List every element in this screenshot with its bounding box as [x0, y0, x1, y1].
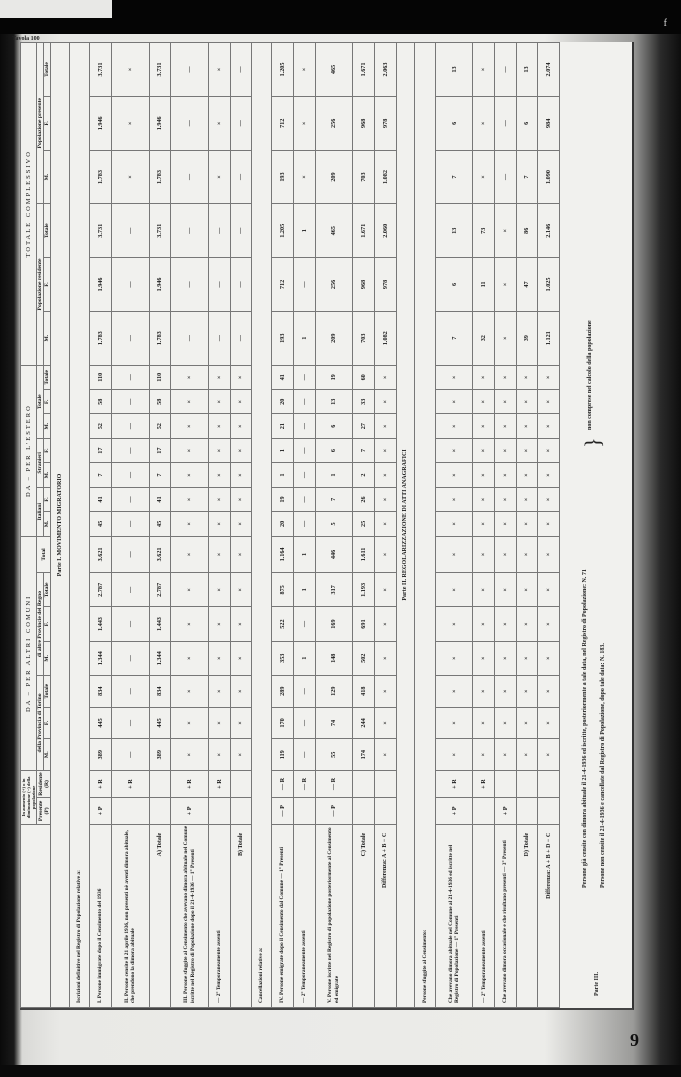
cell-value: 6	[315, 414, 353, 438]
total-row: Differenza: A + B + D − C××××××××××××××1…	[538, 43, 560, 1008]
cell-value: 170	[272, 707, 294, 739]
census-sheet: In aumento (+) o in diminuzione (−) dell…	[20, 42, 634, 1010]
cell-value: ×	[495, 365, 517, 390]
cell-value: ×	[538, 573, 560, 607]
cell-value: —	[171, 96, 209, 150]
cell-value: 60	[353, 365, 375, 390]
cell-value: 13	[435, 43, 473, 97]
table-row: — 2° Temporaneamente assenti+ R×××××××××…	[473, 43, 495, 1008]
cell-value: ×	[435, 536, 473, 573]
cell-value: 418	[353, 675, 375, 707]
total-header: Total	[37, 536, 51, 573]
table-row: Che avevano dimora occasionale e che ris…	[495, 43, 517, 1008]
cell-value: 465	[315, 204, 353, 258]
cell-value: 968	[353, 96, 375, 150]
total-row: B) Totale××××××××××××××——————	[230, 43, 252, 1008]
cell-value: ×	[374, 641, 396, 675]
cell-value: ×	[208, 641, 230, 675]
cell-value: ×	[171, 573, 209, 607]
cell-value: 27	[353, 414, 375, 438]
cell-value: 2.074	[538, 43, 560, 97]
cell-value: ×	[230, 512, 252, 536]
cell-value: —	[293, 390, 315, 414]
residente-sign: — R	[272, 771, 294, 798]
cell-value: ×	[538, 365, 560, 390]
cell-value: ×	[516, 512, 538, 536]
cell-value: —	[111, 487, 149, 511]
cell-value: ×	[435, 707, 473, 739]
presente-sign: + P	[171, 797, 209, 824]
cell-value: ×	[516, 438, 538, 462]
cell-value: ×	[495, 487, 517, 511]
residente-sign	[353, 771, 375, 798]
total-row: A) Totale3894458341.3441.4432.7873.62145…	[149, 43, 171, 1008]
cell-value: 834	[149, 675, 171, 707]
row-label: Differenza: A + B + D − C	[538, 824, 560, 1007]
cell-value: 256	[315, 258, 353, 312]
cell-value: ×	[374, 463, 396, 487]
cell-value: —	[111, 707, 149, 739]
cell-value: —	[293, 463, 315, 487]
residente-sign: + R	[171, 771, 209, 798]
altre-prov-header: di altre Provincie del Regno	[37, 573, 44, 676]
cell-value: —	[230, 204, 252, 258]
cell-value: ×	[435, 739, 473, 771]
row-label: — 2° Temporaneamente assenti	[293, 824, 315, 1007]
cell-value: ×	[473, 707, 495, 739]
cell-value: ×	[230, 438, 252, 462]
cell-value: ×	[516, 414, 538, 438]
cell-value: 41	[149, 487, 171, 511]
cell-value: —	[111, 512, 149, 536]
presente-header: Presente (P)	[37, 797, 51, 824]
cell-value: 244	[353, 707, 375, 739]
cell-value: 17	[90, 438, 112, 462]
total-row: C) Totale1742444185026911.1931.611252627…	[353, 43, 375, 1008]
residente-sign	[495, 771, 517, 798]
cell-value: ×	[473, 438, 495, 462]
cell-value: —	[111, 739, 149, 771]
cell-value: ×	[111, 96, 149, 150]
cell-value: 169	[315, 607, 353, 641]
cell-value: 389	[149, 739, 171, 771]
cell-value: ×	[473, 573, 495, 607]
col-t: Totale	[44, 204, 51, 258]
presente-sign	[473, 797, 495, 824]
presente-sign: + P	[90, 797, 112, 824]
cell-value: 13	[516, 43, 538, 97]
corner-mark: f	[664, 18, 667, 29]
estero-header: DA – PER L'ESTERO	[21, 365, 37, 536]
cell-value: ×	[435, 573, 473, 607]
cell-value: ×	[111, 43, 149, 97]
cell-value: ×	[374, 390, 396, 414]
total-row: D) Totale××××××××××××××3947867613	[516, 43, 538, 1008]
cell-value: ×	[208, 390, 230, 414]
cell-value: ×	[473, 390, 495, 414]
cell-value: 2	[353, 463, 375, 487]
cell-value: 58	[90, 390, 112, 414]
table-row: Che avevano dimora abituale nel Comune a…	[435, 43, 473, 1008]
cell-value: ×	[230, 365, 252, 390]
cell-value: 1.946	[90, 96, 112, 150]
cell-value: ×	[435, 512, 473, 536]
brace-icon: }	[580, 437, 606, 448]
col-f: F.	[44, 96, 51, 150]
cell-value: 978	[374, 258, 396, 312]
cell-value: ×	[538, 641, 560, 675]
cell-value: 2.060	[374, 204, 396, 258]
dark-bottom-border	[0, 1065, 681, 1077]
cell-value: 446	[315, 536, 353, 573]
section-title: Parte I. MOVIMENTO MIGRATORIO	[51, 43, 70, 1008]
cell-value: —	[293, 707, 315, 739]
scanned-page-photo: f Tavola 100 In aumento (+) o in diminuz…	[0, 0, 681, 1077]
cell-value: 3.621	[149, 536, 171, 573]
cell-value: 21	[272, 414, 294, 438]
cell-value: ×	[495, 438, 517, 462]
presente-sign: + P	[435, 797, 473, 824]
cell-value: ×	[473, 414, 495, 438]
row-label: III. Persone sfuggite al Censimento che …	[171, 824, 209, 1007]
cell-value: 1.205	[272, 204, 294, 258]
cell-value: —	[171, 258, 209, 312]
cell-value: ×	[208, 739, 230, 771]
cell-value: ×	[374, 438, 396, 462]
cell-value: 6	[435, 258, 473, 312]
cell-value: 33	[353, 390, 375, 414]
cell-value: ×	[495, 573, 517, 607]
cell-value: ×	[230, 739, 252, 771]
cell-value: —	[111, 536, 149, 573]
residente-header: Residente (R)	[37, 771, 51, 798]
cell-value: ×	[516, 573, 538, 607]
cell-value: —	[111, 365, 149, 390]
presente-sign: — P	[272, 797, 294, 824]
cell-value: 41	[90, 487, 112, 511]
cell-value: ×	[374, 707, 396, 739]
cell-value: ×	[516, 607, 538, 641]
cell-value: ×	[208, 607, 230, 641]
cell-value: ×	[495, 641, 517, 675]
cell-value: 968	[353, 258, 375, 312]
cell-value: 1	[293, 204, 315, 258]
cell-value: ×	[495, 512, 517, 536]
cell-value: ×	[171, 414, 209, 438]
cell-value: 17	[149, 438, 171, 462]
cell-value: 1.082	[374, 150, 396, 204]
parte-iii-label: Parte III.	[594, 972, 600, 996]
residente-sign	[374, 771, 396, 798]
cell-value: ×	[516, 675, 538, 707]
section-title: Parte II. REGOLARIZZAZIONE DI ATTI ANAGR…	[396, 43, 415, 1008]
col-t: Totale	[44, 675, 51, 707]
cell-value: —	[171, 311, 209, 365]
cell-value: 7	[353, 438, 375, 462]
cell-value: 74	[315, 707, 353, 739]
cell-value: —	[171, 43, 209, 97]
cell-value: ×	[495, 707, 517, 739]
cell-value: 41	[272, 365, 294, 390]
presente-sign	[230, 797, 252, 824]
presente-sign	[353, 797, 375, 824]
cell-value: ×	[435, 463, 473, 487]
cell-value: ×	[495, 675, 517, 707]
row-label: — 2° Temporaneamente assenti	[208, 824, 230, 1007]
cell-value: ×	[516, 390, 538, 414]
cell-value: ×	[473, 607, 495, 641]
subheading-row: Iscrizioni definitive nel Registro di Po…	[69, 43, 89, 1008]
cell-value: ×	[516, 707, 538, 739]
residente-sign	[538, 771, 560, 798]
presente-sign: + P	[495, 797, 517, 824]
cell-value: 1	[272, 463, 294, 487]
cell-value: 209	[315, 150, 353, 204]
cell-value: 1.783	[149, 150, 171, 204]
cell-value: 6	[516, 96, 538, 150]
cell-value: ×	[516, 365, 538, 390]
cell-value: 193	[272, 311, 294, 365]
complessivo-header: TOTALE COMPLESSIVO	[21, 43, 37, 366]
table-row: — 2° Temporaneamente assenti— R———1—11——…	[293, 43, 315, 1008]
cell-value: ×	[293, 96, 315, 150]
cell-value: ×	[538, 438, 560, 462]
cell-value: 5	[315, 512, 353, 536]
table-row: II. Persone censite il 21 aprile 1936, n…	[111, 43, 149, 1008]
cell-value: —	[293, 607, 315, 641]
cell-value: —	[293, 438, 315, 462]
row-label: IV. Persone emigrate dopo il Censimento …	[272, 824, 294, 1007]
cell-value: ×	[171, 675, 209, 707]
cell-value: 1	[272, 438, 294, 462]
cell-value: 1.121	[538, 311, 560, 365]
cell-value: 703	[353, 311, 375, 365]
cell-value: ×	[230, 607, 252, 641]
cell-value: ×	[374, 536, 396, 573]
cell-value: —	[293, 414, 315, 438]
italiani-header: Italiani	[37, 487, 44, 536]
altri-comuni-header: DA – PER ALTRI COMUNI	[21, 536, 37, 771]
cell-value: 19	[315, 365, 353, 390]
cell-value: —	[293, 512, 315, 536]
cell-value: ×	[495, 607, 517, 641]
cell-value: ×	[230, 675, 252, 707]
footer-note: non comprese nel calcolo della popolazio…	[586, 320, 594, 430]
col-m: M.	[44, 150, 51, 204]
cell-value: 3.731	[90, 43, 112, 97]
subheading-row: Cancellazioni relative a:	[252, 43, 272, 1008]
paper-flap	[0, 0, 112, 18]
cell-value: 1	[315, 463, 353, 487]
residente-sign	[230, 771, 252, 798]
table-body: Parte I. MOVIMENTO MIGRATORIOIscrizioni …	[51, 43, 560, 1008]
cell-value: ×	[171, 512, 209, 536]
cell-value: ×	[473, 739, 495, 771]
cell-value: ×	[538, 390, 560, 414]
col-m: M.	[44, 512, 51, 536]
cell-value: ×	[171, 365, 209, 390]
cell-value: 20	[272, 390, 294, 414]
cell-value: —	[293, 258, 315, 312]
residente-sign: + R	[435, 771, 473, 798]
cell-value: 1.164	[272, 536, 294, 573]
cell-value: ×	[171, 641, 209, 675]
cell-value: ×	[435, 365, 473, 390]
cell-value: 353	[272, 641, 294, 675]
cell-value: ×	[473, 512, 495, 536]
cell-value: ×	[435, 675, 473, 707]
cell-value: 52	[90, 414, 112, 438]
cell-value: —	[495, 150, 517, 204]
residente-sign	[149, 771, 171, 798]
cell-value: ×	[374, 414, 396, 438]
cell-value: ×	[171, 607, 209, 641]
cell-value: 110	[149, 365, 171, 390]
cell-value: ×	[208, 365, 230, 390]
cell-value: 712	[272, 96, 294, 150]
cell-value: ×	[495, 463, 517, 487]
cell-value: 39	[516, 311, 538, 365]
cell-value: ×	[473, 463, 495, 487]
pop-presente-header: Popolazione presente	[37, 43, 44, 204]
cell-value: ×	[538, 536, 560, 573]
cell-value: ×	[230, 536, 252, 573]
cell-value: ×	[473, 365, 495, 390]
row-label: V. Persone iscritte nel Registro di popo…	[315, 824, 353, 1007]
cell-value: 2.063	[374, 43, 396, 97]
cell-value: ×	[171, 463, 209, 487]
footer-line-1: Persone già censite con dimora abituale …	[582, 569, 588, 888]
cell-value: 1.193	[353, 573, 375, 607]
col-f: F.	[44, 607, 51, 641]
cell-value: ×	[208, 707, 230, 739]
presente-sign: — P	[315, 797, 353, 824]
col-f: F.	[44, 707, 51, 739]
cell-value: ×	[208, 438, 230, 462]
cell-value: 110	[90, 365, 112, 390]
residente-sign: — R	[315, 771, 353, 798]
cell-value: —	[111, 607, 149, 641]
cell-value: ×	[171, 438, 209, 462]
cell-value: 174	[353, 739, 375, 771]
cell-value: —	[208, 204, 230, 258]
cell-value: 26	[353, 487, 375, 511]
footer-line-2: Persone non censite il 21-4-1936 e cance…	[600, 643, 606, 888]
cell-value: 2.146	[538, 204, 560, 258]
cell-value: 58	[149, 390, 171, 414]
col-m: M.	[44, 641, 51, 675]
cell-value: 1.946	[149, 96, 171, 150]
cell-value: —	[230, 311, 252, 365]
cell-value: 1.783	[149, 311, 171, 365]
cell-value: 317	[315, 573, 353, 607]
cell-value: —	[111, 204, 149, 258]
cell-value: ×	[473, 675, 495, 707]
presente-sign	[293, 797, 315, 824]
col-m: M.	[44, 414, 51, 438]
col-t: Totale	[44, 43, 51, 97]
cell-value: ×	[208, 414, 230, 438]
cell-value: —	[111, 675, 149, 707]
col-f: F.	[44, 390, 51, 414]
cell-value: 875	[272, 573, 294, 607]
cell-value: ×	[230, 707, 252, 739]
cell-value: 2.787	[90, 573, 112, 607]
cell-value: ×	[208, 573, 230, 607]
section-row: Parte I. MOVIMENTO MIGRATORIO	[51, 43, 70, 1008]
cell-value: 1	[293, 311, 315, 365]
row-label: II. Persone censite il 21 aprile 1936, n…	[111, 824, 149, 1007]
cell-value: ×	[230, 414, 252, 438]
cell-value: —	[208, 258, 230, 312]
cell-value: 45	[90, 512, 112, 536]
cell-value: ×	[208, 536, 230, 573]
cell-value: ×	[230, 390, 252, 414]
cell-value: ×	[538, 739, 560, 771]
cell-value: 1.946	[149, 258, 171, 312]
cell-value: 25	[353, 512, 375, 536]
cell-value: ×	[208, 463, 230, 487]
cell-value: ×	[111, 150, 149, 204]
row-label: C) Totale	[353, 824, 375, 1007]
cell-value: 1	[293, 573, 315, 607]
cell-value: 6	[315, 438, 353, 462]
cell-value: 445	[90, 707, 112, 739]
cell-value: 1.671	[353, 43, 375, 97]
presente-sign	[538, 797, 560, 824]
cell-value: —	[230, 258, 252, 312]
cell-value: ×	[495, 739, 517, 771]
cell-value: ×	[538, 414, 560, 438]
pop-residente-header: Popolazione residente	[37, 204, 44, 365]
col-t: Totale	[44, 573, 51, 607]
cell-value: ×	[435, 390, 473, 414]
variation-header: In aumento (+) o in diminuzione (−) dell…	[21, 771, 37, 825]
col-f: F.	[44, 438, 51, 462]
cell-value: ×	[374, 487, 396, 511]
cell-value: 445	[149, 707, 171, 739]
cell-value: ×	[171, 390, 209, 414]
col-f: F.	[44, 258, 51, 312]
rotated-table-wrapper: In aumento (+) o in diminuzione (−) dell…	[20, 42, 632, 1008]
cell-value: 1.090	[538, 150, 560, 204]
cell-value: —	[171, 204, 209, 258]
cell-value: 1.205	[272, 43, 294, 97]
col-t: Totale	[44, 365, 51, 390]
cell-value: ×	[208, 96, 230, 150]
cell-value: 2.787	[149, 573, 171, 607]
cell-value: ×	[538, 607, 560, 641]
table-row: — 2° Temporaneamente assenti+ R×××××××××…	[208, 43, 230, 1008]
presente-sign	[149, 797, 171, 824]
row-label: — 2° Temporaneamente assenti	[473, 824, 495, 1007]
cell-value: ×	[435, 487, 473, 511]
row-label: D) Totale	[516, 824, 538, 1007]
cell-value: ×	[516, 487, 538, 511]
cell-value: 1.611	[353, 536, 375, 573]
cell-value: —	[208, 311, 230, 365]
presente-sign	[374, 797, 396, 824]
cell-value: ×	[293, 43, 315, 97]
cell-value: ×	[293, 150, 315, 204]
cell-value: 148	[315, 641, 353, 675]
row-label: A) Totale	[149, 824, 171, 1007]
cell-value: 1	[293, 536, 315, 573]
residente-sign: + R	[90, 771, 112, 798]
cell-value: ×	[473, 96, 495, 150]
cell-value: 1	[293, 641, 315, 675]
parte-iii-footer: Parte III. Persone già censite con dimor…	[568, 42, 628, 1008]
